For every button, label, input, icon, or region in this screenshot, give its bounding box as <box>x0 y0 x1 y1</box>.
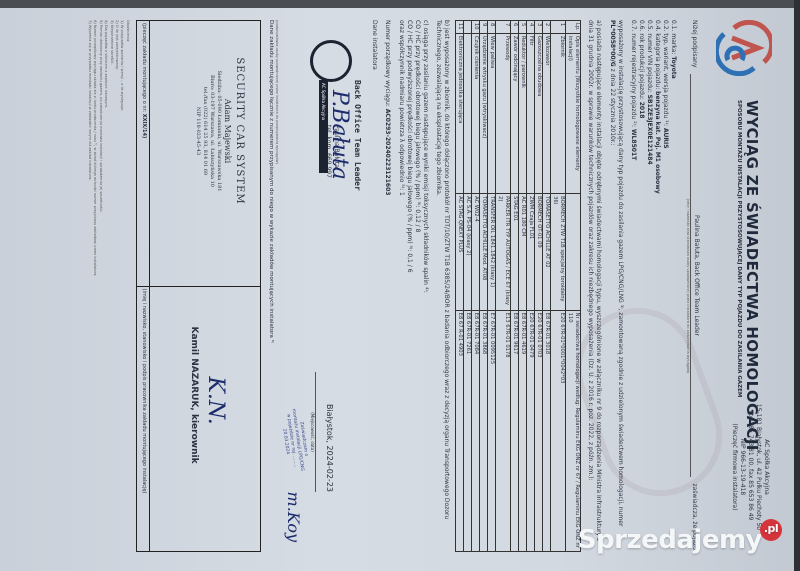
installation-stamp: Zaświadczam omontażu instalacji LPG/CNGw… <box>278 408 311 474</box>
undersigned-row: Niżej podpisany Paulina Bałuta, Back Off… <box>690 20 700 552</box>
place-date: Białystok, 2024-02-23 <box>323 404 334 492</box>
employee-signature: K.N. <box>200 377 230 425</box>
homologation-certificate: WYCIĄG ZE ŚWIADECTWA HOMOLOGACJI SPOSOBU… <box>10 6 790 566</box>
table-row: 5Reduktor / parownikAC R01 180 CME8 67R-… <box>519 21 527 552</box>
table-row: 6Zawór odcinającySTAG E01E8 67R-01 9617 <box>511 21 519 552</box>
table-row: 1ZbiornikBORMECH ZTW T1B specjalny toroi… <box>551 21 566 552</box>
ac-stamp-logo-icon <box>310 40 352 82</box>
table-row: 11Elektroniczna jednostka sterującaAC ST… <box>456 21 464 552</box>
vehicle-field: 0.6. rok produkcji pojazdu: 2018 <box>637 20 645 552</box>
section-c: c) osiąga przy zasilaniu gazem następują… <box>396 20 428 552</box>
table-row: AC S.A. PS-04 (klasy 2)E8 67R-01 7261 <box>464 21 472 552</box>
table-row: 7PrzewodyPARKER ITR TYP AUTOGAS / ECE 67… <box>496 21 511 552</box>
workshop-box: SECURITY CAR SYSTEM Adam Majewski Siedzi… <box>149 20 261 552</box>
notes: Objaśnienia:1) W przypadku wariantu i we… <box>87 20 130 552</box>
workshop-stamp: SECURITY CAR SYSTEM Adam Majewski Siedzi… <box>150 21 260 287</box>
table-row: 4FiltrZWM Czaja FL01E20 67R-01 0479 <box>527 21 535 552</box>
document-header: WYCIĄG ZE ŚWIADECTWA HOMOLOGACJI SPOSOBU… <box>706 20 776 552</box>
ac-logo-icon <box>716 20 772 76</box>
vehicle-field: 0.1. marka: Toyota <box>669 20 677 552</box>
order-number: Numer porządkowy wyciągu: AC0293-2024022… <box>383 20 391 552</box>
table-row: 8Wlew paliwaTRANSFER OIL 1841.1842 (klas… <box>488 21 496 552</box>
photo-edge-right <box>794 0 800 571</box>
table-row: 3Gazoszczelna obudowaBORMECH OT-01 09E20… <box>535 21 543 552</box>
workshop-employee: Kamil NAZARUK, kierownik K.N. <box>150 287 260 552</box>
equipped-text: wyposażony w instalację przystosowującą … <box>607 20 623 552</box>
document-subtitle: SPOSOBU MONTAŻU INSTALACJI PRZYSTOSOWUJĄ… <box>735 100 742 397</box>
table-row: 2WielozawórTOMASETTO ACHILLE AT 02E8 67R… <box>543 21 551 552</box>
sprzedajemy-watermark: Sprzedajemy.pl <box>578 525 782 555</box>
handwritten-signature-2: m.Koy <box>283 492 305 542</box>
section-a: a) posiada następujące elementy instalac… <box>586 20 602 552</box>
vehicle-field: 0.5. numer VIN pojazdu: SB1ZE3JEX0E12148… <box>645 20 653 552</box>
vehicle-data: 0.1. marka: Toyota0.2. typ, wariant, wer… <box>629 20 678 552</box>
vehicle-field: 0.4. kategoria pojazdu: benzyna kat. Poj… <box>653 20 661 552</box>
document-photo: WYCIĄG ZE ŚWIADECTWA HOMOLOGACJI SPOSOBU… <box>0 0 800 571</box>
table-row: 9Urządzenie wtrysku gazu (wtryskiwacz)TO… <box>480 21 488 552</box>
vehicle-field: 0.7. numer rejestracyjny pojazdu ²⁾: WL8… <box>629 20 637 552</box>
table-row: 10Czujnik ciśnieniaAC W02-4E8 67R-01 708… <box>472 21 480 552</box>
handwritten-signature: P.Bałuta <box>325 90 355 180</box>
undersigned-name: Paulina Bałuta, Back Office Team Leader <box>690 74 700 478</box>
section-b: b) jest wyposażony w zbiornik, do któreg… <box>434 20 450 552</box>
vehicle-field: 0.2. typ, wariant, wersja pojazdu ¹⁾: AU… <box>661 20 669 552</box>
signature-area: Back Office Team Leader Paulina Bałuta t… <box>274 20 364 552</box>
components-table: Lp.Opis elementu (Wszystkie homologowane… <box>455 20 581 552</box>
